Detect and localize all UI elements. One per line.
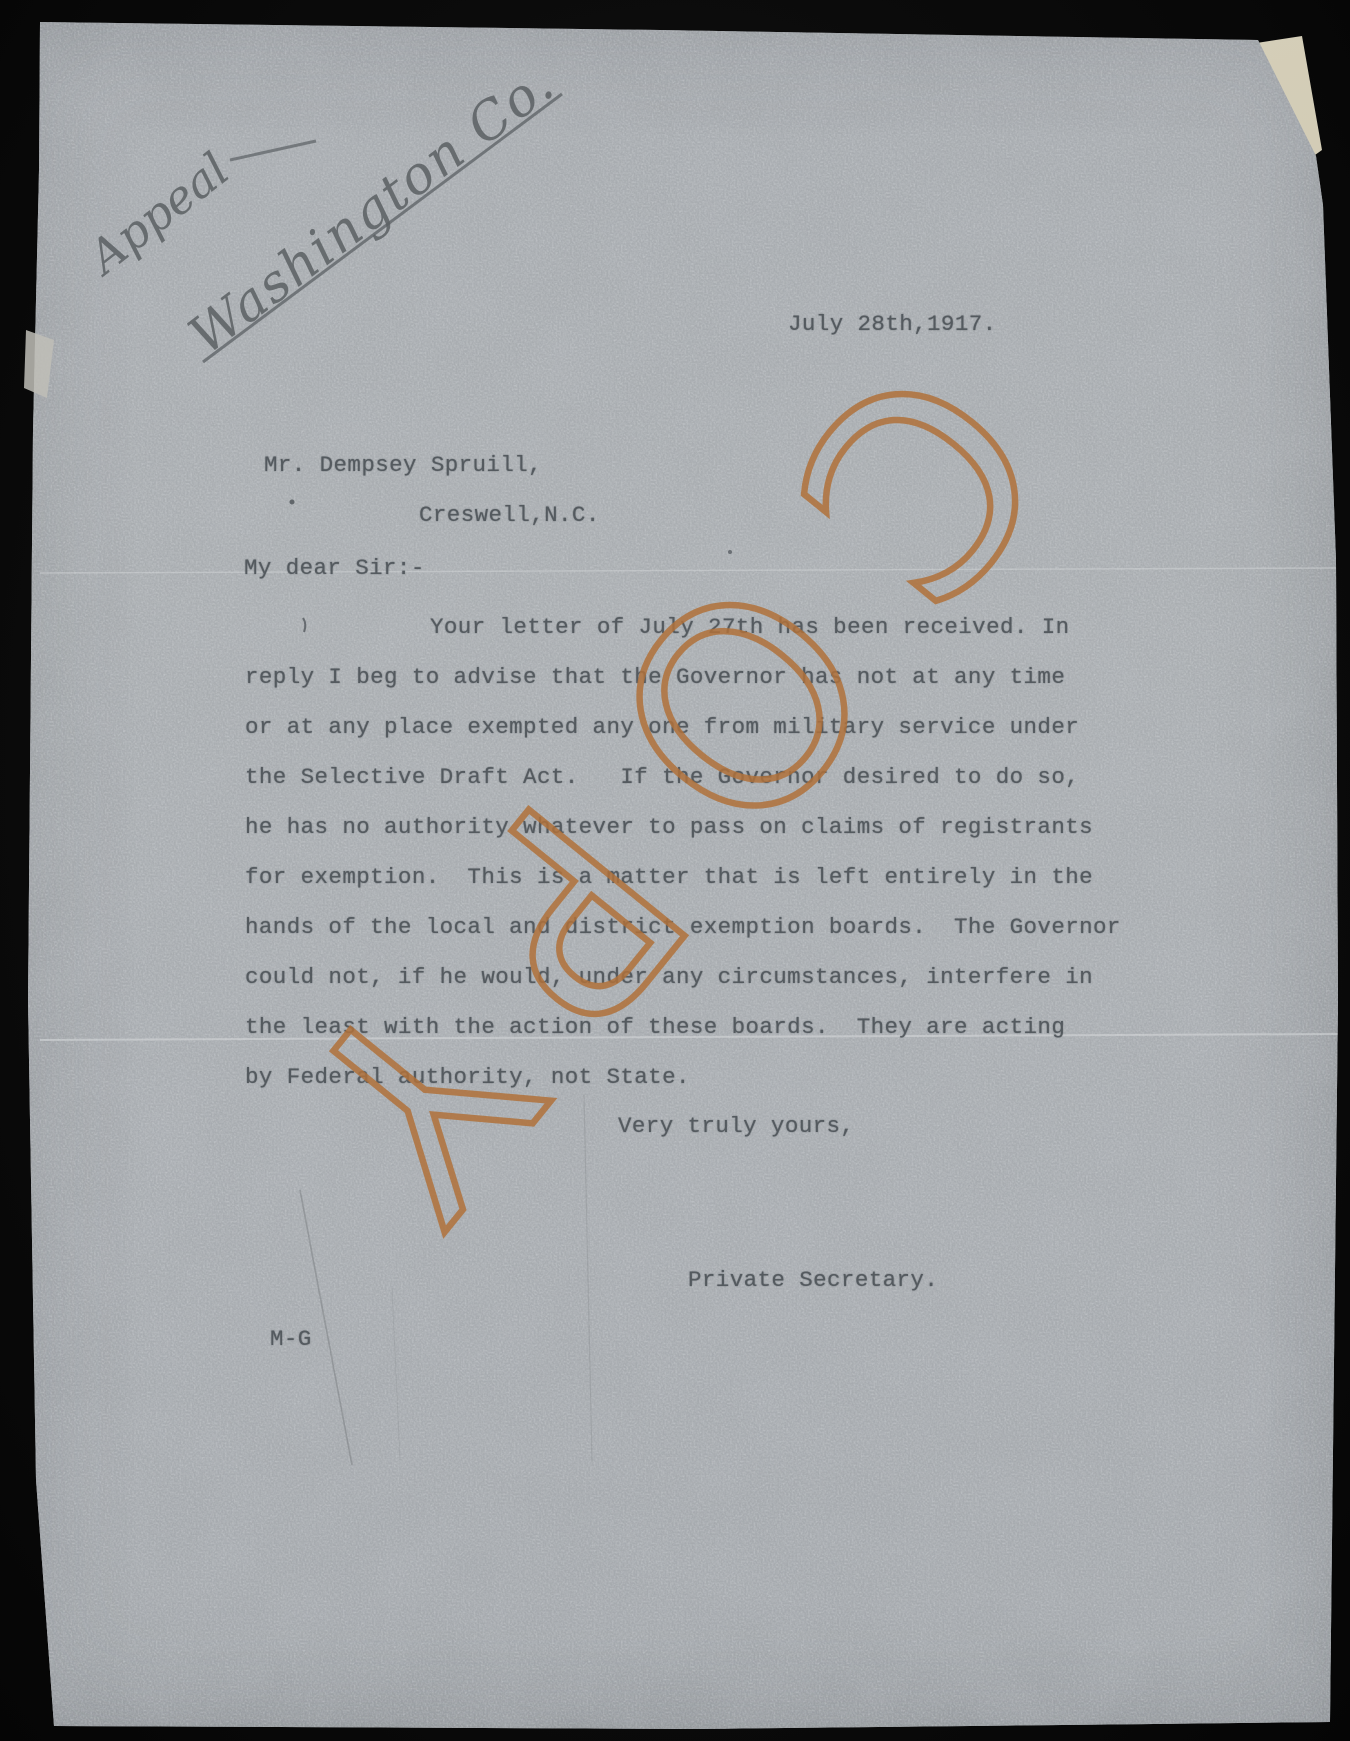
ink-dot xyxy=(290,500,295,505)
closing: Very truly yours, xyxy=(618,1112,854,1140)
pencil-line xyxy=(584,1095,592,1462)
crease-line xyxy=(40,568,1336,573)
paper: Appeal Washington Co. July 28th,1917. Mr… xyxy=(0,0,1350,1741)
body-line: could not, if he would, under any circum… xyxy=(245,952,1121,1002)
body-line: for exemption. This is a matter that is … xyxy=(245,852,1121,902)
body-line: by Federal authority, not State. xyxy=(245,1052,1121,1102)
body-line: he has no authority whatever to pass on … xyxy=(245,802,1121,852)
body-line: or at any place exempted any one from mi… xyxy=(245,702,1121,752)
letter-body: Your letter of July 27th has been receiv… xyxy=(245,602,1121,1102)
body-line: the Selective Draft Act. If the Governor… xyxy=(245,752,1121,802)
scanned-letter-page: Appeal Washington Co. July 28th,1917. Mr… xyxy=(0,0,1350,1741)
recipient-name: Mr. Dempsey Spruill, xyxy=(264,451,542,479)
handwritten-annotation-word1: Appeal xyxy=(78,142,238,284)
signature-title: Private Secretary. xyxy=(688,1266,938,1294)
body-line: the least with the action of these board… xyxy=(245,1002,1121,1052)
handwritten-annotation-word2: Washington Co. xyxy=(178,54,566,367)
date-line: July 28th,1917. xyxy=(788,310,997,338)
salutation: My dear Sir:- xyxy=(244,554,425,582)
body-line: Your letter of July 27th has been receiv… xyxy=(245,602,1121,652)
typist-initials: M-G xyxy=(270,1325,312,1353)
body-line: hands of the local and district exemptio… xyxy=(245,902,1121,952)
body-line: reply I beg to advise that the Governor … xyxy=(245,652,1121,702)
pencil-line xyxy=(392,1288,400,1460)
ink-dot xyxy=(728,550,732,554)
annotation-flourish xyxy=(230,141,316,160)
recipient-address: Creswell,N.C. xyxy=(419,501,600,529)
